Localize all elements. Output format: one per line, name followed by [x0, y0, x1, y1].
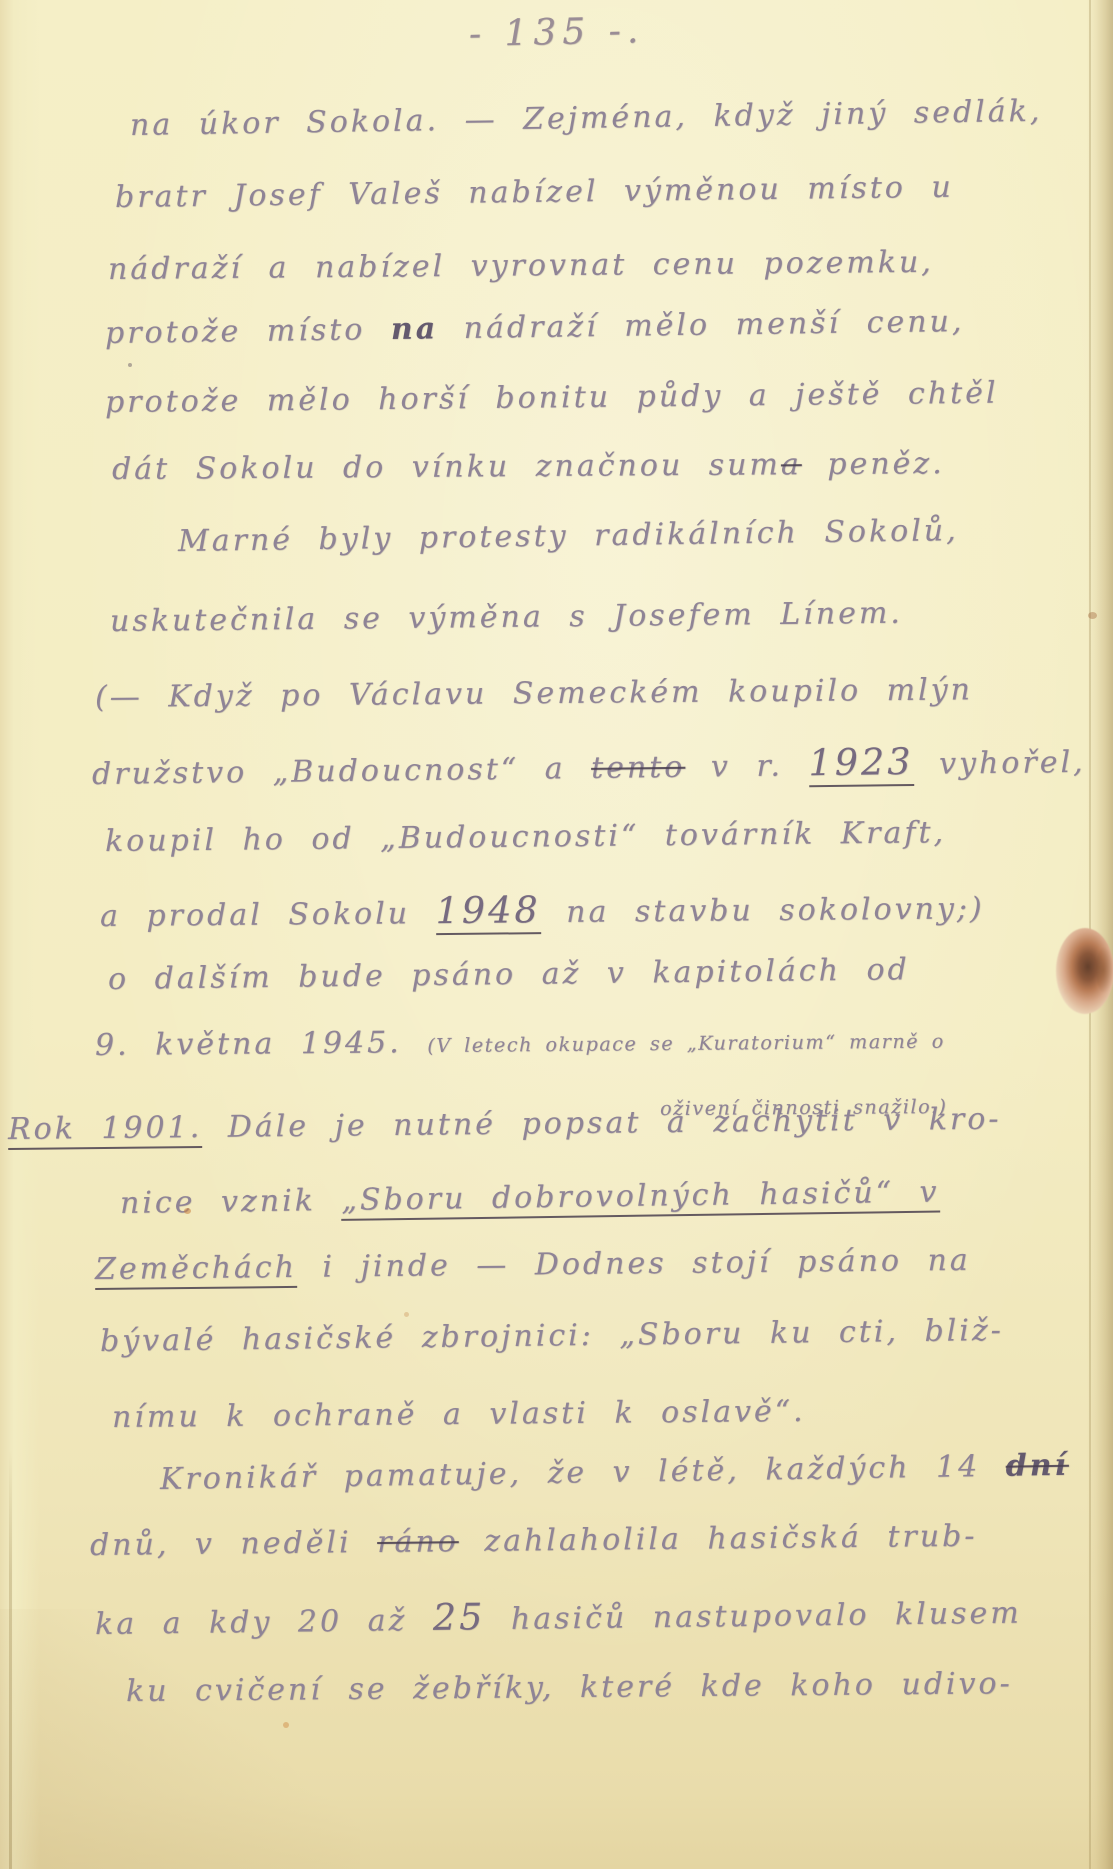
handwriting-segment: o dalším bude psáno až v kapitolách od [108, 952, 910, 997]
handwriting-line: a prodal Sokolu 1948 na stavbu sokolovny… [100, 884, 985, 935]
handwriting-segment: Zeměchách [95, 1250, 297, 1290]
handwriting-segment: Dále je nutné popsat a zachytit v kro- [202, 1102, 1002, 1145]
handwriting-line: Rok 1901. Dále je nutné popsat a zachyti… [8, 1102, 1002, 1147]
handwriting-segment: Marné byly protesty radikálních Sokolů, [178, 513, 959, 559]
handwriting-segment: a prodal Sokolu [100, 896, 436, 934]
handwriting-segment: „Sboru dobrovolných hasičů“ v [341, 1175, 940, 1221]
handwriting-line: 9. května 1945. (V letech okupace se „Ku… [95, 1021, 945, 1063]
handwriting-segment: protože místo [105, 312, 391, 351]
handwriting-segment: na [391, 311, 439, 347]
handwriting-segment: (— Když po Václavu Semeckém koupilo mlýn [95, 672, 973, 715]
handwriting-line: protože místo na nádraží mělo menší cenu… [105, 304, 965, 351]
handwriting-line: ku cvičení se žebříky, které kde koho ud… [126, 1666, 1013, 1709]
handwriting-segment: uskutečnila se výměna s Josefem Línem. [110, 596, 903, 639]
handwriting-line: bývalé hasičské zbrojnici: „Sboru ku cti… [100, 1313, 1004, 1359]
handwriting-line: uskutečnila se výměna s Josefem Línem. [110, 596, 903, 639]
handwriting-line: družstvo „Budoucnost“ a tento v r. 1923 … [92, 738, 1086, 793]
handwriting-line: ka a kdy 20 až 25 hasičů nastupovalo klu… [95, 1589, 1022, 1643]
handwriting-segment: nice vznik [120, 1183, 342, 1221]
handwriting-segment: hasičů nastupovalo klusem [485, 1596, 1022, 1638]
handwriting-segment: dnů, v neděli [90, 1525, 378, 1563]
handwriting-line: dnů, v neděli ráno zahlaholila hasičská … [90, 1519, 978, 1563]
handwriting-line: Marné byly protesty radikálních Sokolů, [178, 513, 959, 559]
handwriting-segment: v r. [685, 748, 809, 785]
handwriting-segment: bývalé hasičské zbrojnici: „Sboru ku cti… [100, 1313, 1004, 1359]
paper-corner-shade [0, 1609, 360, 1869]
handwriting-segment: bratr Josef Valeš nabízel výměnou místo … [115, 170, 954, 215]
handwriting-segment: i jinde — Dodnes stojí psáno na [297, 1243, 971, 1285]
handwriting-line: bratr Josef Valeš nabízel výměnou místo … [115, 170, 954, 215]
handwriting-segment: zahlaholila hasičská trub- [459, 1519, 978, 1559]
handwriting-segment: nádraží a nabízel vyrovnat cenu pozemku, [108, 245, 934, 287]
handwriting-segment: 1923 [808, 740, 914, 787]
handwriting-line: (— Když po Václavu Semeckém koupilo mlýn [95, 672, 973, 715]
handwriting-segment: 25 [433, 1595, 486, 1639]
handwriting-line: o dalším bude psáno až v kapitolách od [108, 952, 910, 997]
handwriting-segment: dát Sokolu do vínku značnou sum [112, 447, 781, 487]
handwriting-segment: ku cvičení se žebříky, které kde koho ud… [126, 1666, 1013, 1709]
handwriting-segment: 1948 [435, 888, 540, 935]
handwriting-segment: (V letech okupace se „Kuratorium“ marně … [427, 1030, 945, 1058]
handwriting-segment: ka a kdy 20 až [95, 1603, 433, 1642]
handwriting-line: na úkor Sokola. — Zejména, když jiný sed… [130, 94, 1043, 143]
handwriting-segment: protože mělo horší bonitu půdy a ještě c… [105, 376, 999, 420]
handwriting-segment: peněz. [802, 446, 945, 482]
handwriting-line: Zeměchách i jinde — Dodnes stojí psáno n… [95, 1243, 971, 1287]
handwriting-segment: Kronikář pamatuje, že v létě, každých 14 [160, 1449, 1006, 1497]
handwriting-line: protože mělo horší bonitu půdy a ještě c… [105, 376, 999, 420]
handwriting-segment: družstvo „Budoucnost“ a [92, 751, 591, 792]
paper-speck [283, 1722, 289, 1728]
handwriting-segment: na úkor Sokola. — Zejména, když jiný sed… [130, 94, 1043, 143]
handwriting-segment: na stavbu sokolovny;) [541, 891, 985, 930]
handwriting-segment: nádraží mělo menší cenu, [438, 304, 965, 346]
handwriting-line: nímu k ochraně a vlasti k oslavě“. [112, 1394, 806, 1435]
handwriting-line: Kronikář pamatuje, že v létě, každých 14… [160, 1448, 1069, 1497]
handwriting-segment: ráno [377, 1524, 459, 1560]
paper-damage-spot [1056, 928, 1113, 1014]
handwriting-segment: 9. května 1945. [95, 1025, 428, 1063]
handwriting-segment: dní [1005, 1448, 1069, 1484]
handwriting-line: dát Sokolu do vínku značnou suma peněz. [112, 446, 945, 487]
handwriting-segment: nímu k ochraně a vlasti k oslavě“. [112, 1394, 806, 1435]
paper-speck [128, 363, 132, 367]
page-number: - 135 -. [0, 0, 1113, 64]
handwriting-segment: tento [591, 750, 686, 786]
handwriting-line: nice vznik „Sboru dobrovolných hasičů“ v [120, 1175, 940, 1221]
scanned-chronicle-page: - 135 -. na úkor Sokola. — Zejména, když… [0, 0, 1113, 1869]
handwriting-segment: koupil ho od „Budoucnosti“ továrník Kraf… [105, 815, 946, 859]
paper-speck [404, 1312, 409, 1317]
handwriting-segment: a [781, 447, 802, 482]
handwriting-segment: vyhořel, [913, 745, 1085, 782]
paper-crease [9, 1450, 12, 1869]
handwriting-line: koupil ho od „Budoucnosti“ továrník Kraf… [105, 815, 946, 859]
handwriting-line: nádraží a nabízel vyrovnat cenu pozemku, [108, 245, 934, 287]
handwriting-segment: Rok 1901. [8, 1110, 203, 1150]
